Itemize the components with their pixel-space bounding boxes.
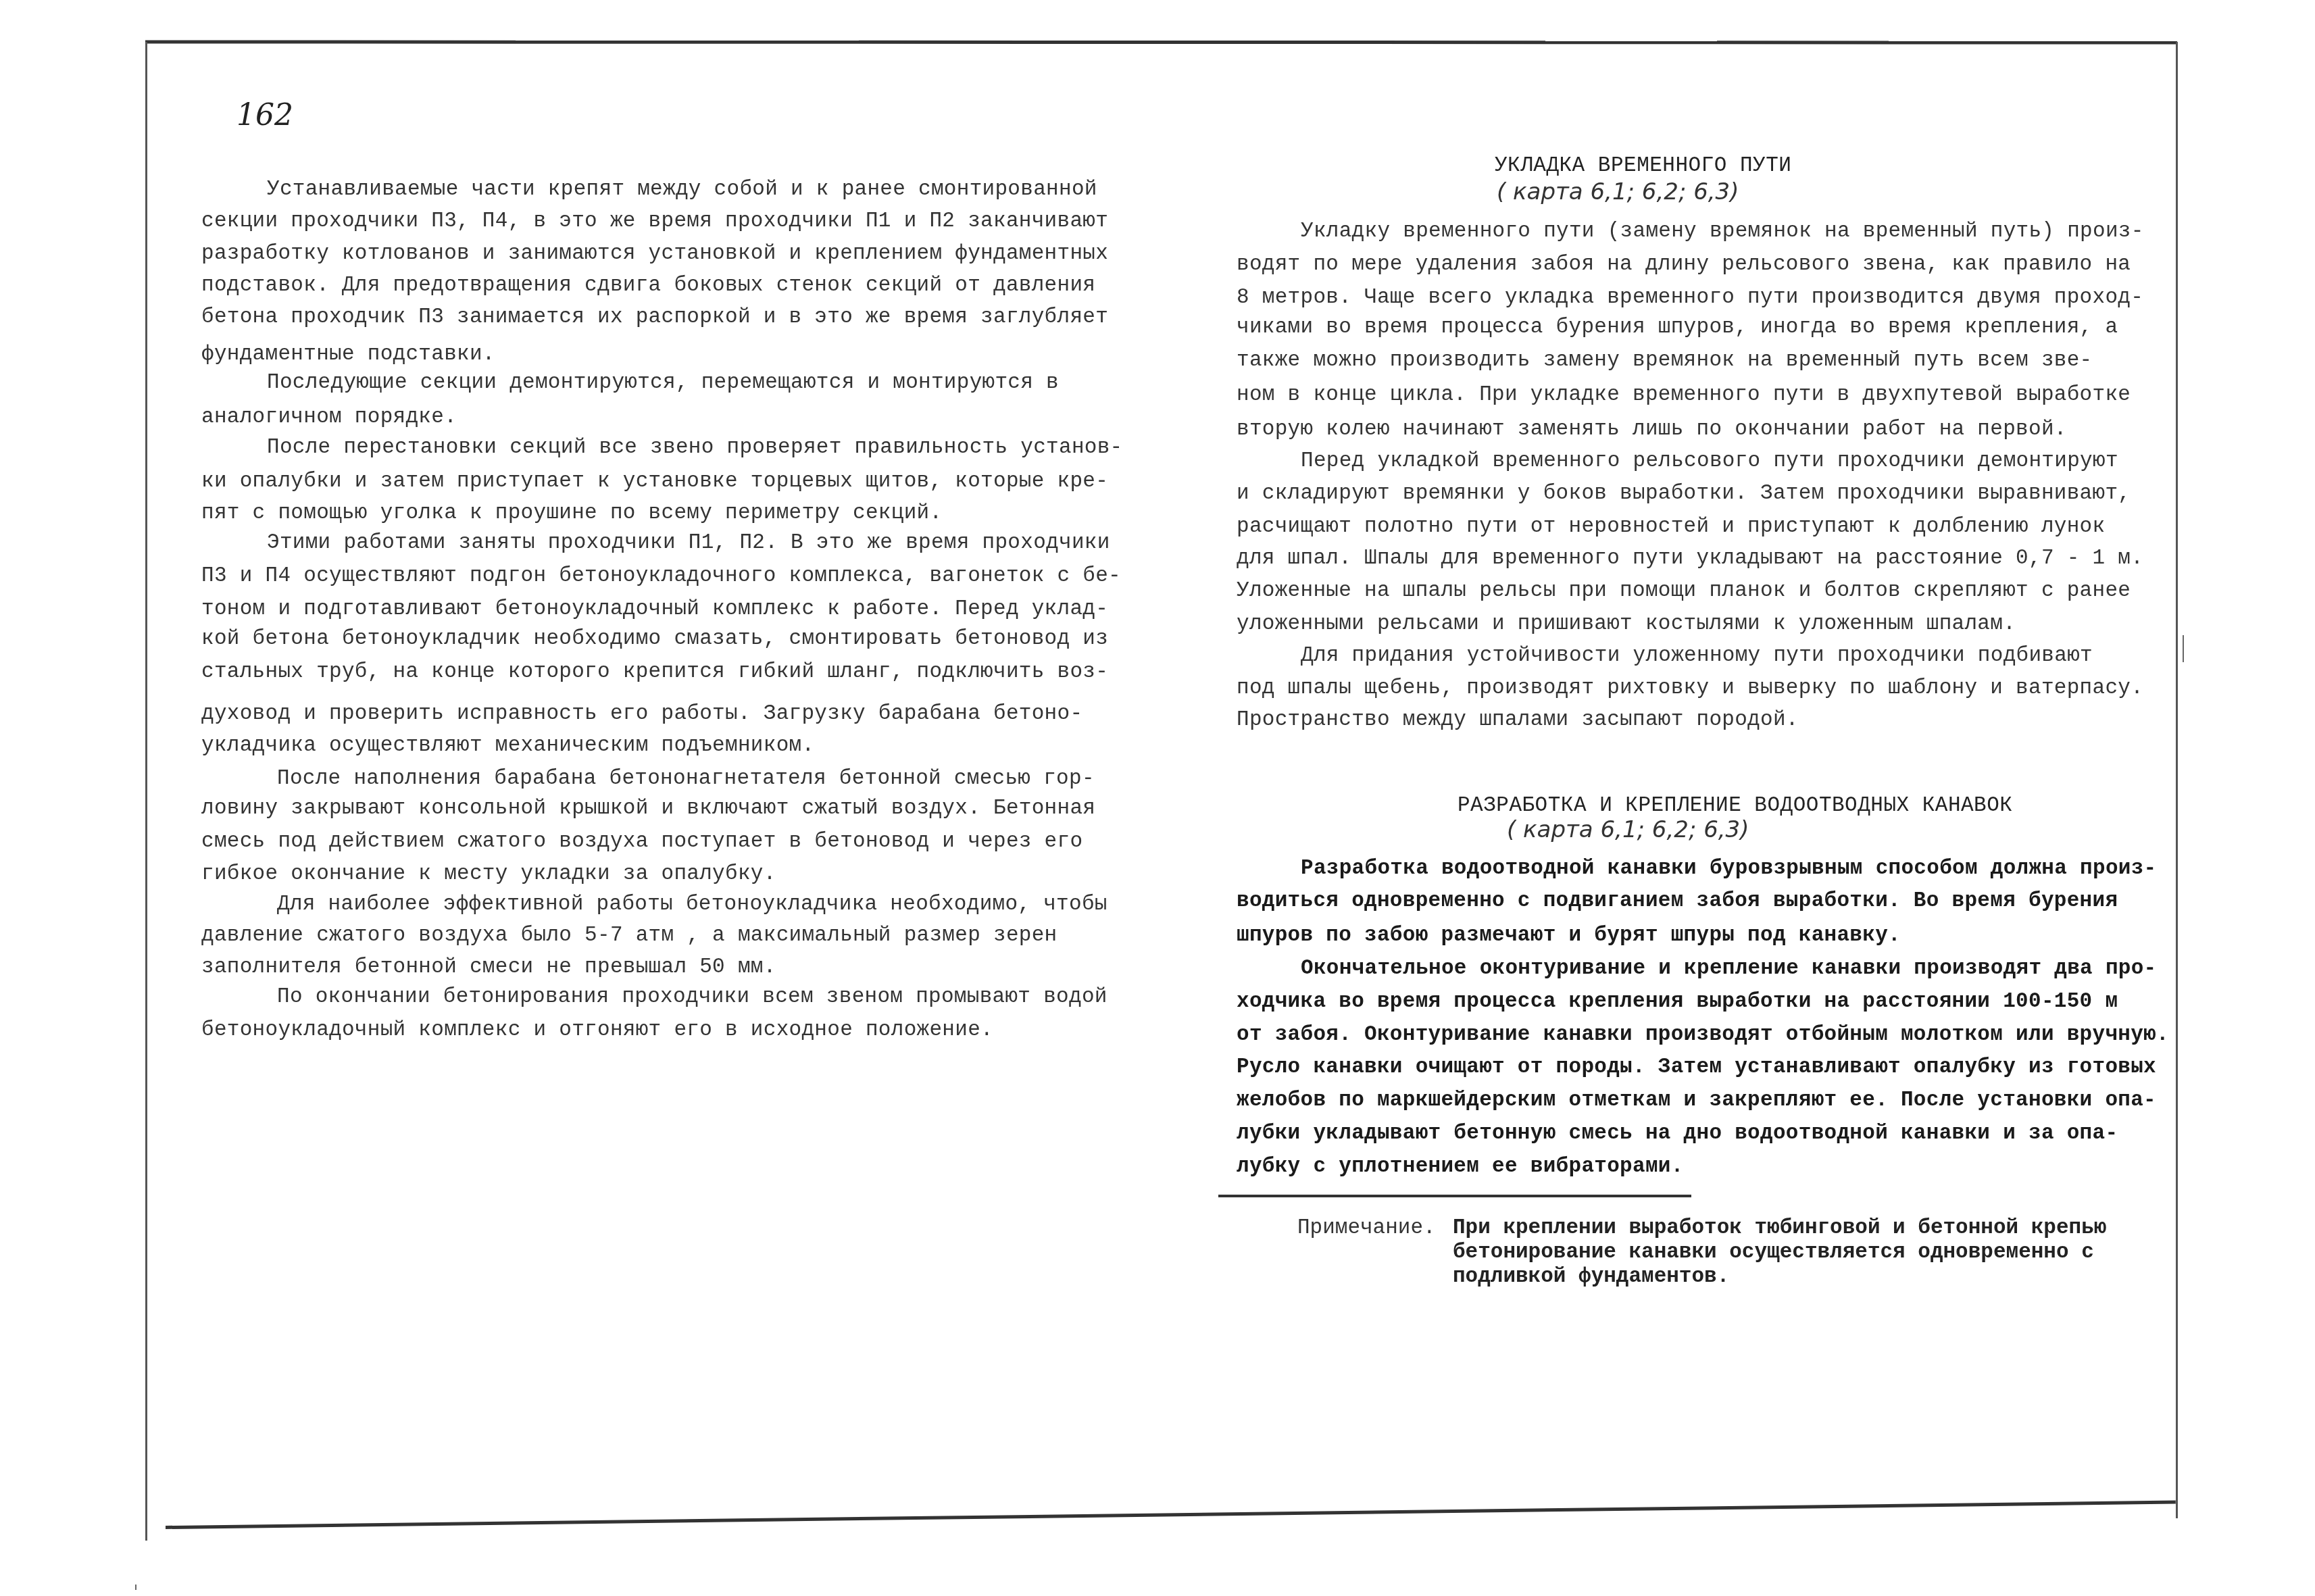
- text-line: Устанавливаемые части крепят между собой…: [267, 178, 1097, 201]
- text-line: духовод и проверить исправность его рабо…: [201, 702, 1082, 726]
- text-line: вторую колею начинают заменять лишь по о…: [1237, 418, 2067, 441]
- scan-artifact: [135, 1585, 136, 1590]
- text-line: укладчика осуществляют механическим подъ…: [201, 734, 814, 757]
- text-line: смесь под действием сжатого воздуха пост…: [201, 830, 1082, 853]
- text-line: Укладку временного пути (замену времянок…: [1301, 220, 2144, 243]
- text-line: По окончании бетонирования проходчики вс…: [277, 985, 1107, 1009]
- page-number: 162: [237, 98, 293, 132]
- text-line: пят с помощью уголка к проушине по всему…: [201, 501, 942, 525]
- text-line: кой бетона бетоноукладчик необходимо сма…: [201, 627, 1108, 651]
- section-title-temporary-track: УКЛАДКА ВРЕМЕННОГО ПУТИ: [1495, 154, 1791, 178]
- text-line: чиками во время процесса бурения шпуров,…: [1237, 316, 2118, 339]
- text-line: Этими работами заняты проходчики П1, П2.…: [267, 531, 1110, 555]
- text-line: расчищают полотно пути от неровностей и …: [1237, 515, 2105, 539]
- text-line: водиться одновременно с подвиганием забо…: [1237, 889, 2118, 913]
- text-line: После наполнения барабана бетононагнетат…: [277, 767, 1095, 791]
- text-line: давление сжатого воздуха было 5-7 атм , …: [201, 924, 1057, 947]
- text-line: Последующие секции демонтируются, переме…: [267, 371, 1059, 395]
- text-line: Русло канавки очищают от породы. Затем у…: [1237, 1055, 2156, 1079]
- text-line: уложенными рельсами и пришивают костылям…: [1237, 612, 2016, 636]
- text-line: гибкое окончание к месту укладки за опал…: [201, 862, 776, 886]
- text-line: П3 и П4 осуществляют подгон бетоноукладо…: [201, 564, 1121, 588]
- text-line: аналогичном порядке.: [201, 405, 457, 429]
- section-subtitle-drainage-ditches: ( карта 6,1; 6,2; 6,3): [1507, 816, 1749, 843]
- text-line: секции проходчики П3, П4, в это же время…: [201, 209, 1108, 233]
- text-line: Уложенные на шпалы рельсы при помощи пла…: [1237, 579, 2131, 603]
- text-line: Разработка водоотводной канавки буровзры…: [1301, 857, 2157, 880]
- text-line: для шпал. Шпалы для временного пути укла…: [1237, 547, 2143, 570]
- text-line: ном в конце цикла. При укладке временног…: [1237, 383, 2131, 407]
- page-frame-bottom-border: [166, 1501, 2176, 1529]
- text-line: После перестановки секций все звено пров…: [267, 436, 1123, 459]
- text-line: водят по мере удаления забоя на длину ре…: [1237, 253, 2131, 276]
- text-line: желобов по маркшейдерским отметкам и зак…: [1237, 1089, 2156, 1112]
- text-line: Перед укладкой временного рельсового пут…: [1301, 449, 2118, 473]
- text-line: разработку котлованов и занимаются устан…: [201, 242, 1108, 266]
- text-line: от забоя. Оконтуривание канавки производ…: [1237, 1023, 2169, 1047]
- text-line: и складируют времянки у боков выработки.…: [1237, 482, 2131, 505]
- note-label: Примечание.: [1297, 1216, 1436, 1240]
- text-line: заполнителя бетонной смеси не превышал 5…: [201, 955, 776, 979]
- text-line: под шпалы щебень, производят рихтовку и …: [1237, 676, 2143, 700]
- text-line: подставок. Для предотвращения сдвига бок…: [201, 274, 1095, 297]
- text-line: также можно производить замену времянок …: [1237, 349, 2093, 372]
- text-line: Для наиболее эффективной работы бетоноук…: [277, 893, 1107, 916]
- note-line: бетонирование канавки осуществляется одн…: [1453, 1241, 2094, 1265]
- text-line: ловину закрывают консольной крышкой и вк…: [201, 797, 1095, 820]
- text-line: 8 метров. Чаще всего укладка временного …: [1237, 286, 2143, 309]
- footnote-divider: [1218, 1195, 1691, 1197]
- text-line: Для придания устойчивости уложенному пут…: [1301, 644, 2093, 668]
- text-line: лубки укладывают бетонную смесь на дно в…: [1237, 1122, 2118, 1145]
- text-line: лубку с уплотнением ее вибраторами.: [1237, 1155, 1684, 1178]
- text-line: бетоноукладочный комплекс и отгоняют его…: [201, 1018, 993, 1042]
- text-line: Пространство между шпалами засыпают поро…: [1237, 708, 1799, 732]
- text-line: Окончательное оконтуривание и крепление …: [1301, 957, 2157, 980]
- page-frame-right-border: [2176, 42, 2178, 1518]
- text-line: шпуров по забою размечают и бурят шпуры …: [1237, 924, 1901, 947]
- page-frame-top-border: [145, 40, 2177, 44]
- note-line: подливкой фундаментов.: [1453, 1265, 1729, 1289]
- text-line: стальных труб, на конце которого крепитс…: [201, 660, 1108, 684]
- text-line: бетона проходчик П3 занимается их распор…: [201, 305, 1108, 329]
- text-line: фундаментные подставки.: [201, 343, 495, 366]
- text-line: ки опалубки и затем приступает к установ…: [201, 470, 1108, 493]
- scan-artifact: [2183, 635, 2184, 662]
- note-line: При креплении выработок тюбинговой и бет…: [1453, 1216, 2106, 1241]
- text-line: ходчика во время процесса крепления выра…: [1237, 990, 2118, 1014]
- section-title-drainage-ditches: РАЗРАБОТКА И КРЕПЛЕНИЕ ВОДООТВОДНЫХ КАНА…: [1458, 794, 2012, 818]
- page-frame-left-border: [145, 42, 147, 1541]
- text-line: тоном и подготавливают бетоноукладочный …: [201, 597, 1108, 621]
- section-subtitle-temporary-track: ( карта 6,1; 6,2; 6,3): [1497, 178, 1739, 205]
